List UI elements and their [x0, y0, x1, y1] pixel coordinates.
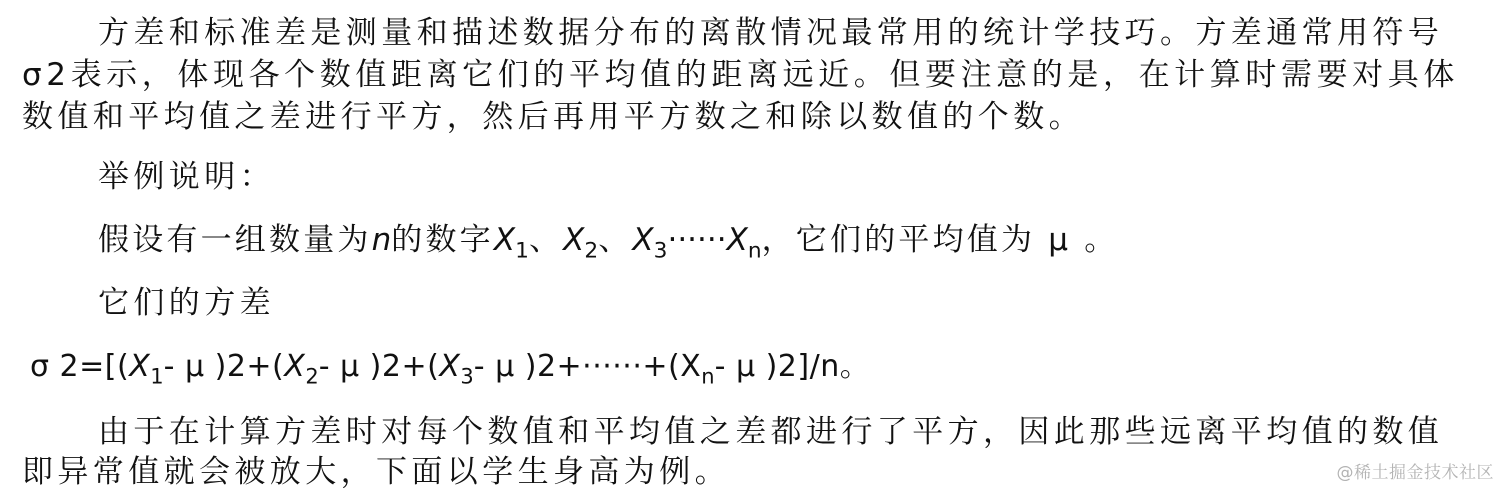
formula-term-n: - μ )2]/n。: [715, 349, 871, 384]
separator: 、: [529, 222, 563, 258]
assumption-middle: 的数字: [391, 222, 494, 258]
paragraph-2-line-1: 由于在计算方差时对每个数值和平均值之差都进行了平方，因此那些远离平均值的数值: [98, 412, 1443, 452]
variance-label: 它们的方差: [98, 283, 275, 323]
subscript-1: 1: [515, 239, 529, 264]
count-variable: n: [372, 222, 392, 258]
x-symbol: X: [563, 222, 584, 258]
x-symbol: X: [727, 222, 748, 258]
paragraph-2-line-2: 即异常值就会被放大，下面以学生身高为例。: [22, 452, 730, 492]
subscript-n: n: [748, 239, 762, 264]
formula-term-2: - μ )2+(: [319, 349, 440, 384]
formula-lhs: σ 2=[(: [30, 349, 129, 384]
subscript-2: 2: [305, 364, 318, 388]
x-symbol: X: [632, 222, 653, 258]
x-symbol: X: [439, 349, 460, 384]
ellipsis: ······: [667, 222, 726, 258]
subscript-2: 2: [584, 239, 598, 264]
separator: 、: [598, 222, 632, 258]
paragraph-1-line-3: 数值和平均值之差进行平方，然后再用平方数之和除以数值的个数。: [22, 97, 1084, 137]
paragraph-1-line-2: σ2表示，体现各个数值距离它们的平均值的距离远近。但要注意的是，在计算时需要对具…: [22, 55, 1459, 95]
x-symbol: X: [129, 349, 150, 384]
subscript-n: n: [701, 364, 714, 388]
subscript-3: 3: [654, 239, 668, 264]
x1-term: X1: [494, 222, 529, 258]
subscript-3: 3: [460, 364, 473, 388]
example-assumption: 假设有一组数量为n的数字X1、X2、X3······Xn，它们的平均值为 μ 。: [98, 220, 1118, 260]
variance-formula: σ 2=[(X1- μ )2+(X2- μ )2+(X3- μ )2+·····…: [30, 347, 870, 387]
x3-term: X3: [632, 222, 667, 258]
x-symbol: X: [284, 349, 305, 384]
example-heading: 举例说明：: [98, 157, 275, 197]
formula-term-3: - μ )2+······+(: [474, 349, 680, 384]
subscript-1: 1: [150, 364, 163, 388]
watermark: @稀土掘金技术社区: [1337, 458, 1495, 483]
xn-term: Xn: [727, 222, 762, 258]
x-symbol: X: [494, 222, 515, 258]
x-symbol: X: [680, 349, 701, 384]
x2-term: X2: [563, 222, 598, 258]
formula-term-1: - μ )2+(: [164, 349, 285, 384]
assumption-prefix: 假设有一组数量为: [98, 222, 372, 258]
paragraph-1-line-1: 方差和标准差是测量和描述数据分布的离散情况最常用的统计学技巧。方差通常用符号: [98, 13, 1443, 53]
assumption-suffix: ，它们的平均值为 μ 。: [762, 222, 1119, 258]
